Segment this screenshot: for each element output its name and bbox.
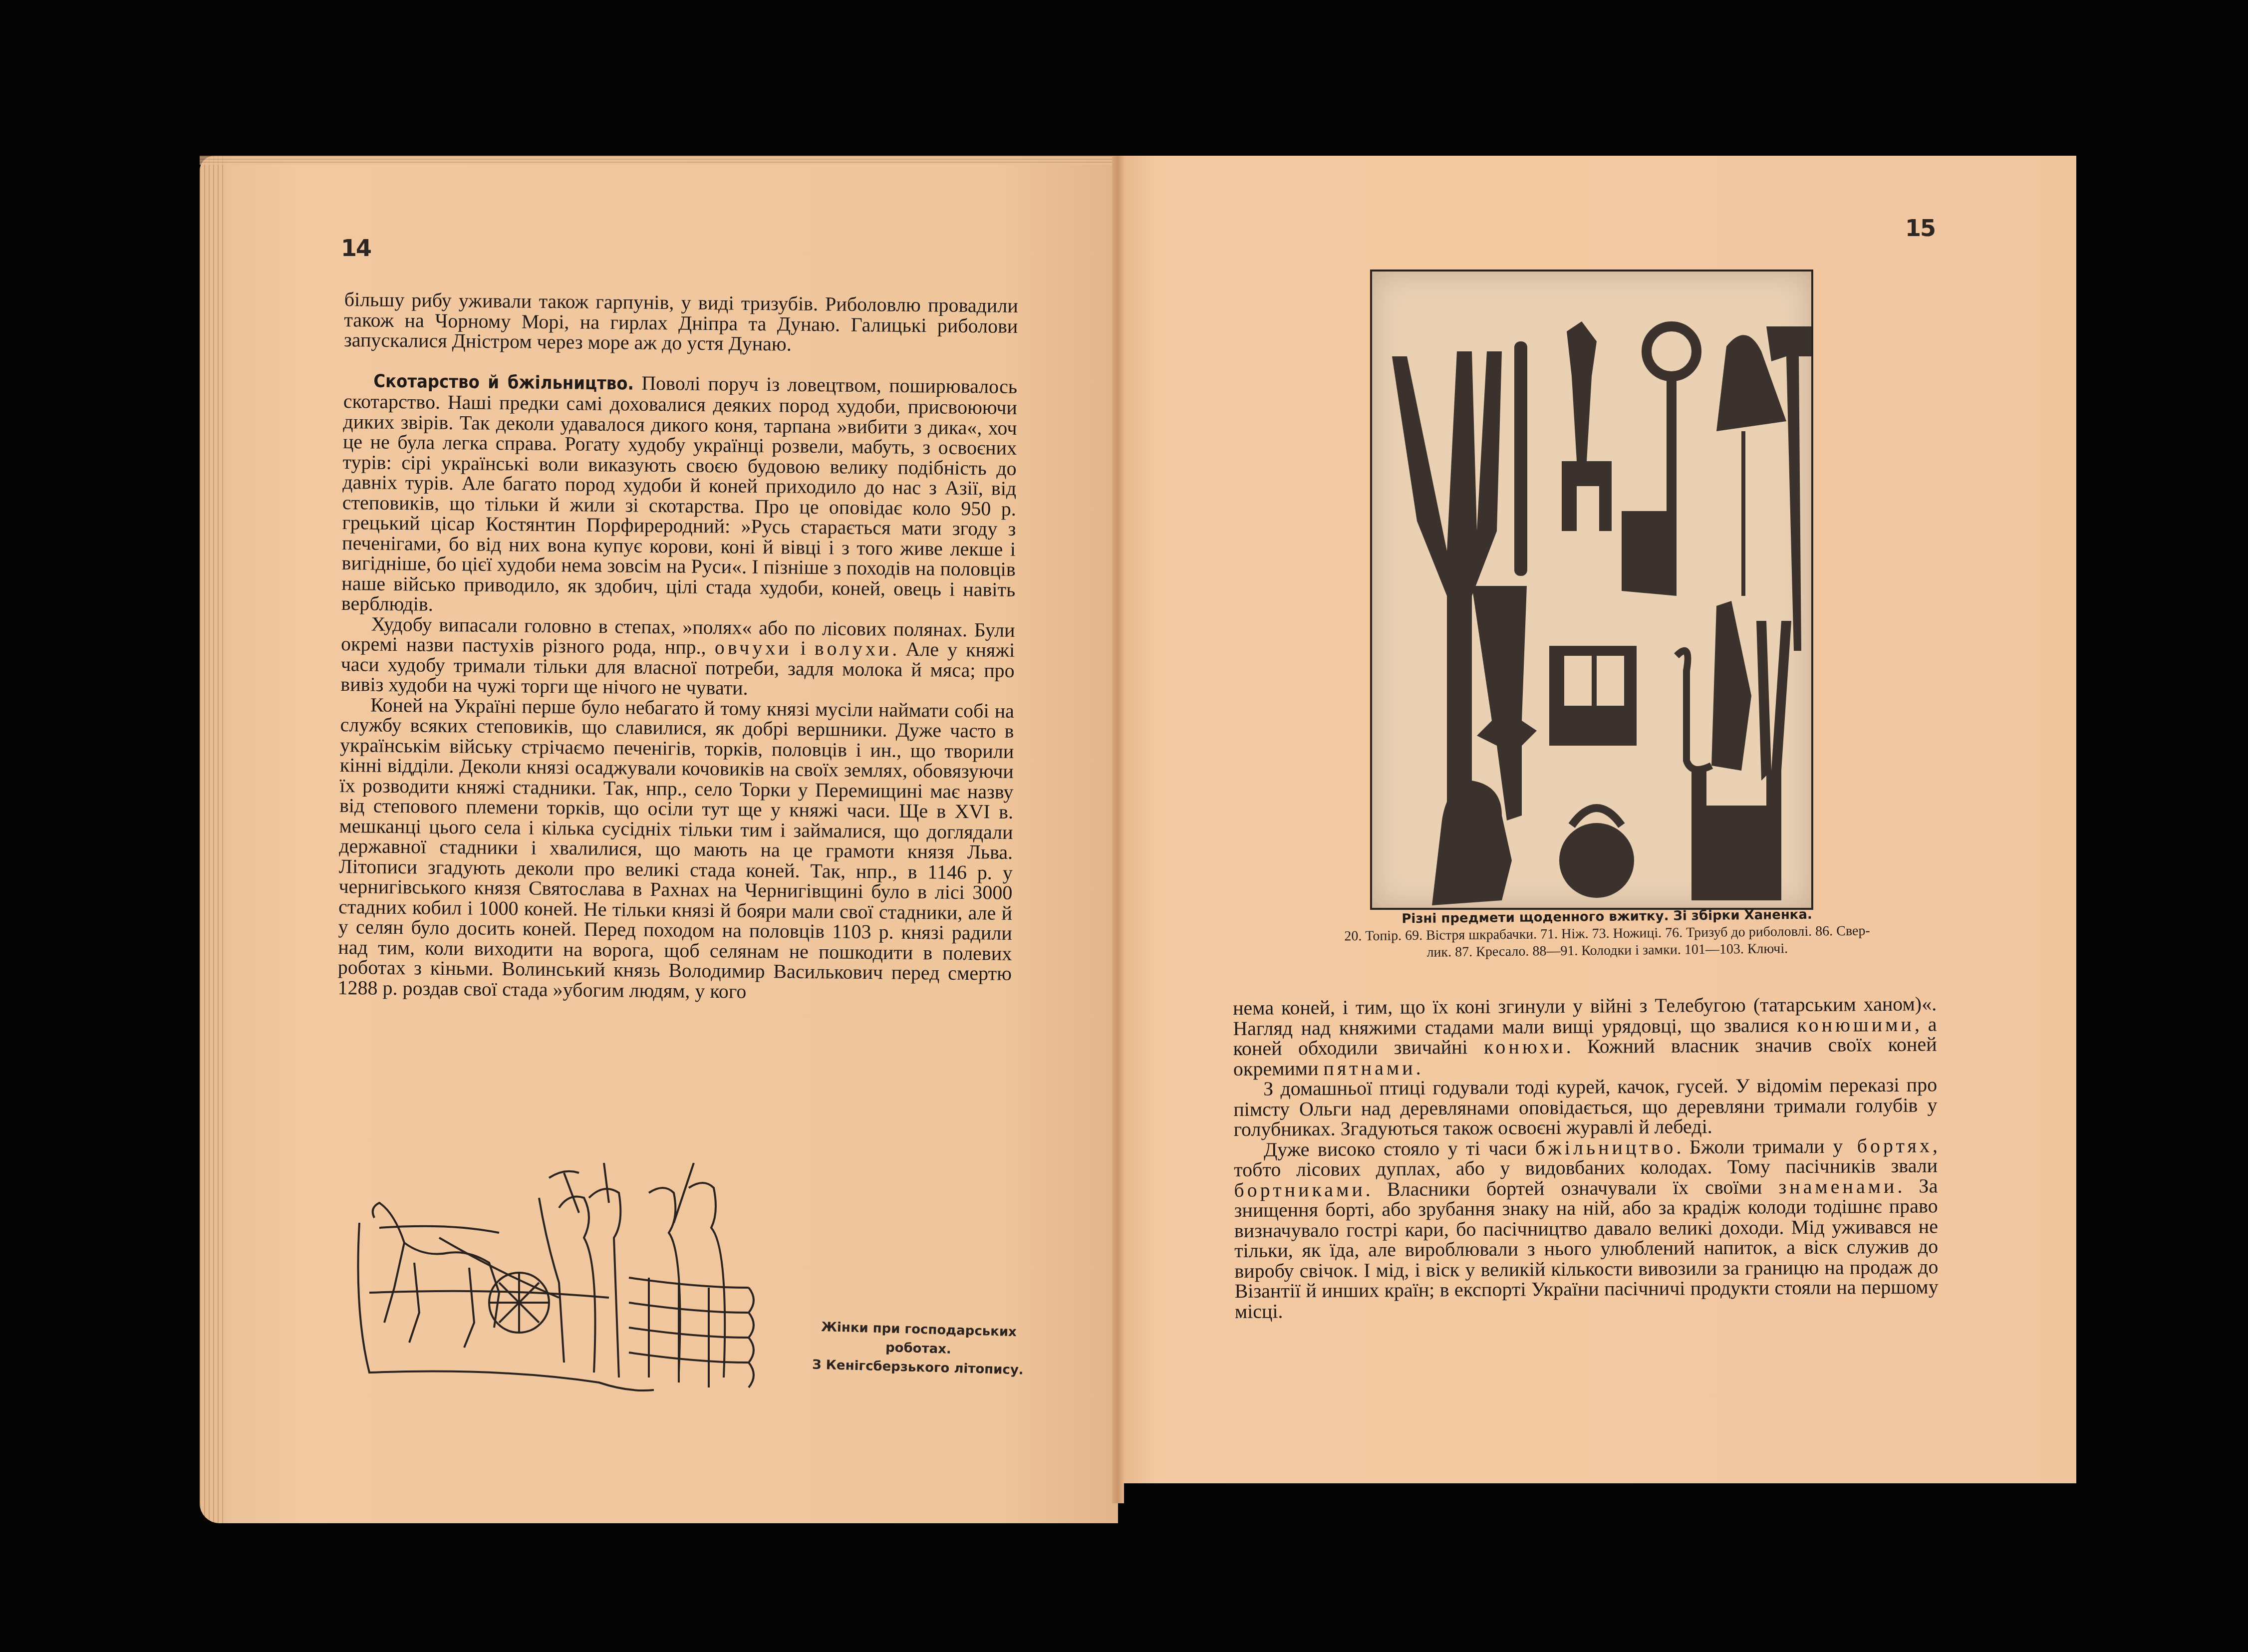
page-number-right: 15	[1905, 215, 1935, 242]
paragraph: Дуже високо стояло у ті часи бжільництво…	[1234, 1135, 1939, 1322]
emphasis-term: пятнами	[1323, 1056, 1415, 1079]
emphasis-term: овчухи	[715, 636, 792, 659]
paragraph: Коней на Україні перше було небагато й т…	[337, 694, 1014, 1004]
right-page-body: нема коней, і тим, що їх коні згинули у …	[1233, 994, 1939, 1322]
emphasis-term: бортниками	[1234, 1178, 1366, 1201]
page-number-left: 14	[341, 235, 371, 262]
paragraph: З домашньої птиці годували тоді курей, к…	[1233, 1075, 1938, 1139]
emphasis-term: знаменами	[1778, 1174, 1897, 1197]
illustration-caption: Жінки при господарських роботах. З Кеніг…	[798, 1317, 1039, 1380]
emphasis-term: конюхи	[1484, 1035, 1566, 1058]
book-gutter	[1112, 156, 1124, 1503]
left-page-body: більшу рибу уживали також гарпунів, у ви…	[337, 289, 1018, 1004]
paragraph: Скотарство й бжільництво. Поволі поруч і…	[341, 370, 1018, 620]
emphasis-term: у бортях	[1833, 1134, 1933, 1157]
implements-photo	[1370, 270, 1813, 910]
paragraph: більшу рибу уживали також гарпунів, у ви…	[344, 289, 1018, 356]
book-spread: 14 15 більшу рибу уживали також гарпунів…	[0, 0, 2248, 1652]
paragraph: Худобу випасали головно в степах, »полях…	[340, 613, 1015, 701]
figure-caption: Різні предмети щоденного вжитку. Зі збір…	[1258, 905, 1957, 963]
plough-scene-icon	[349, 1163, 799, 1397]
women-farming-illustration	[349, 1163, 799, 1397]
emphasis-term: бжільництво	[1535, 1135, 1677, 1159]
emphasis-term: конюшими	[1797, 1013, 1915, 1036]
iron-tools-icon	[1372, 272, 1811, 908]
paragraph: нема коней, і тим, що їх коні згинули у …	[1233, 994, 1937, 1079]
emphasis-term: волухи	[815, 637, 892, 660]
